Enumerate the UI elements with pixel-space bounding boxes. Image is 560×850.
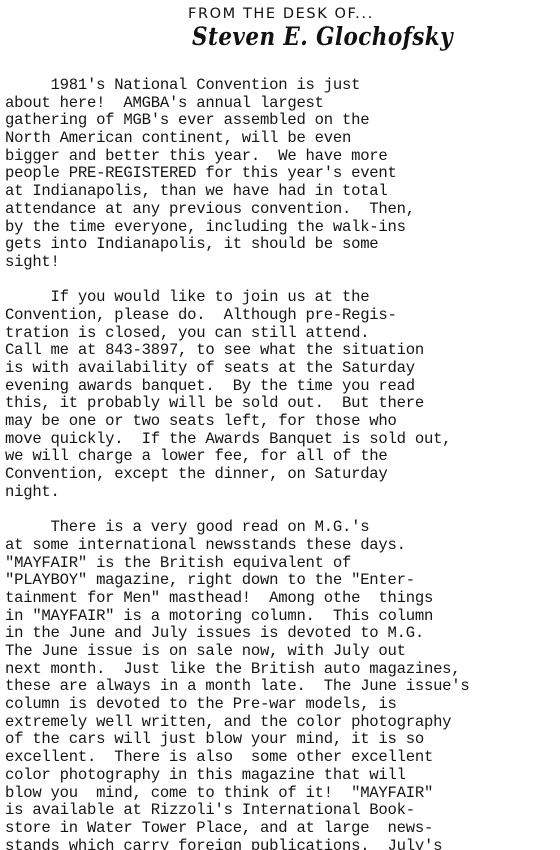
text-line: color photography in this magazine that … — [5, 767, 560, 785]
text-line: gets into Indianapolis, it should be som… — [5, 236, 560, 254]
text-line: sight! — [5, 254, 560, 272]
paragraph-join-us: If you would like to join us at the Conv… — [5, 289, 560, 501]
text-line: in the June and July issues is devoted t… — [5, 625, 560, 643]
text-line: at Indianapolis, than we have had in tot… — [5, 183, 560, 201]
text-line: this, it probably will be sold out. But … — [5, 395, 560, 413]
text-line: column is devoted to the Pre-war models,… — [5, 696, 560, 714]
letter-body: 1981's National Convention is just about… — [5, 77, 560, 850]
text-line: store in Water Tower Place, and at large… — [5, 820, 560, 838]
text-line: evening awards banquet. By the time you … — [5, 378, 560, 396]
text-line: "MAYFAIR" is the British equivalent of — [5, 555, 560, 573]
text-line: we will charge a lower fee, for all of t… — [5, 448, 560, 466]
paragraph-convention: 1981's National Convention is just about… — [5, 77, 560, 272]
text-line: about here! AMGBA's annual largest — [5, 95, 560, 113]
text-line: is with availability of seats at the Sat… — [5, 360, 560, 378]
text-line: Call me at 843-3897, to see what the sit… — [5, 342, 560, 360]
text-line: next month. Just like the British auto m… — [5, 661, 560, 679]
text-line: of the cars will just blow your mind, it… — [5, 731, 560, 749]
text-line: attendance at any previous convention. T… — [5, 201, 560, 219]
text-line: "PLAYBOY" magazine, right down to the "E… — [5, 572, 560, 590]
text-line: If you would like to join us at the — [5, 289, 560, 307]
text-line: by the time everyone, including the walk… — [5, 219, 560, 237]
text-line: at some international newsstands these d… — [5, 537, 560, 555]
text-line: Convention, except the dinner, on Saturd… — [5, 466, 560, 484]
text-line: tration is closed, you can still attend. — [5, 325, 560, 343]
text-line: stands which carry foreign publications.… — [5, 838, 560, 850]
text-line: these are always in a month late. The Ju… — [5, 678, 560, 696]
text-line: blow you mind, come to think of it! "MAY… — [5, 785, 560, 803]
text-line: night. — [5, 484, 560, 502]
text-line: move quickly. If the Awards Banquet is s… — [5, 431, 560, 449]
paragraph-spacer — [5, 272, 560, 290]
paragraph-spacer — [5, 502, 560, 520]
text-line: The June issue is on sale now, with July… — [5, 643, 560, 661]
text-line: people PRE-REGISTERED for this year's ev… — [5, 165, 560, 183]
text-line: bigger and better this year. We have mor… — [5, 148, 560, 166]
text-line: is available at Rizzoli's International … — [5, 802, 560, 820]
text-line: gathering of MGB's ever assembled on the — [5, 112, 560, 130]
from-the-desk-of-heading: FROM THE DESK OF... — [188, 6, 374, 22]
text-line: There is a very good read on M.G.'s — [5, 519, 560, 537]
letter-page: FROM THE DESK OF... Steven E. Glochofsky… — [0, 0, 560, 850]
text-line: may be one or two seats left, for those … — [5, 413, 560, 431]
text-line: North American continent, will be even — [5, 130, 560, 148]
text-line: tainment for Men" masthead! Among othe t… — [5, 590, 560, 608]
text-line: extremely well written, and the color ph… — [5, 714, 560, 732]
text-line: in "MAYFAIR" is a motoring column. This … — [5, 608, 560, 626]
author-signature-name: Steven E. Glochofsky — [192, 22, 453, 51]
text-line: excellent. There is also some other exce… — [5, 749, 560, 767]
text-line: Convention, please do. Although pre-Regi… — [5, 307, 560, 325]
text-line: 1981's National Convention is just — [5, 77, 560, 95]
paragraph-mayfair: There is a very good read on M.G.'s at s… — [5, 519, 560, 850]
